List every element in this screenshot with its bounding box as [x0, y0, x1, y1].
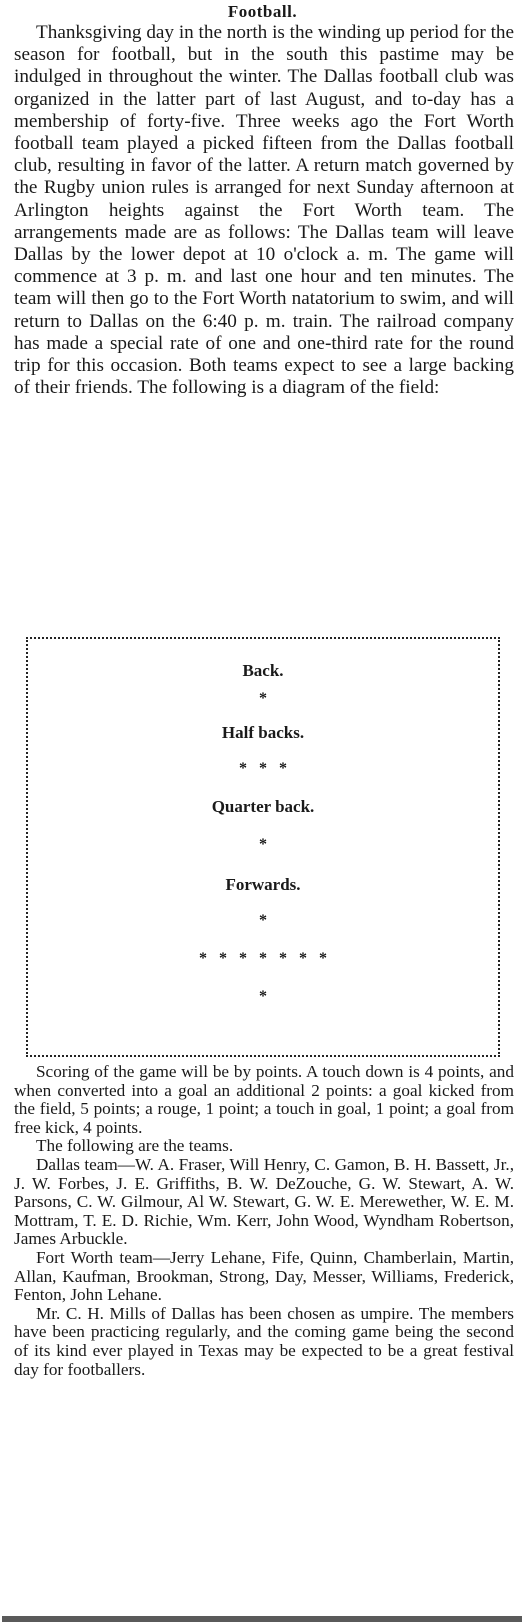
back-position-marker: * [28, 691, 498, 707]
umpire-paragraph: Mr. C. H. Mills of Dallas has been chose… [14, 1305, 514, 1379]
quarterback-position-marker: * [28, 837, 498, 853]
halfbacks-label: Half backs. [28, 723, 498, 743]
article-title: Football. [0, 2, 525, 22]
forwards-top-marker: * [28, 913, 498, 929]
back-label: Back. [28, 661, 498, 681]
dallas-team-roster: Dallas team—W. A. Fraser, Will Henry, C.… [14, 1156, 514, 1249]
teams-intro: The following are the teams. [14, 1137, 514, 1156]
forwards-row-markers: * * * * * * * [28, 951, 498, 967]
fort-worth-team-roster: Fort Worth team—Jerry Lehane, Fife, Quin… [14, 1249, 514, 1305]
forwards-label: Forwards. [28, 875, 498, 895]
post-diagram-section: Scoring of the game will be by points. A… [14, 1063, 514, 1379]
column-bottom-rule [2, 1616, 522, 1622]
halfbacks-position-markers: * * * [28, 761, 498, 777]
scoring-paragraph: Scoring of the game will be by points. A… [14, 1063, 514, 1137]
field-diagram: Back. * Half backs. * * * Quarter back. … [26, 637, 500, 1057]
quarterback-label: Quarter back. [28, 797, 498, 817]
forwards-bottom-marker: * [28, 989, 498, 1005]
intro-paragraph: Thanksgiving day in the north is the win… [14, 22, 514, 399]
